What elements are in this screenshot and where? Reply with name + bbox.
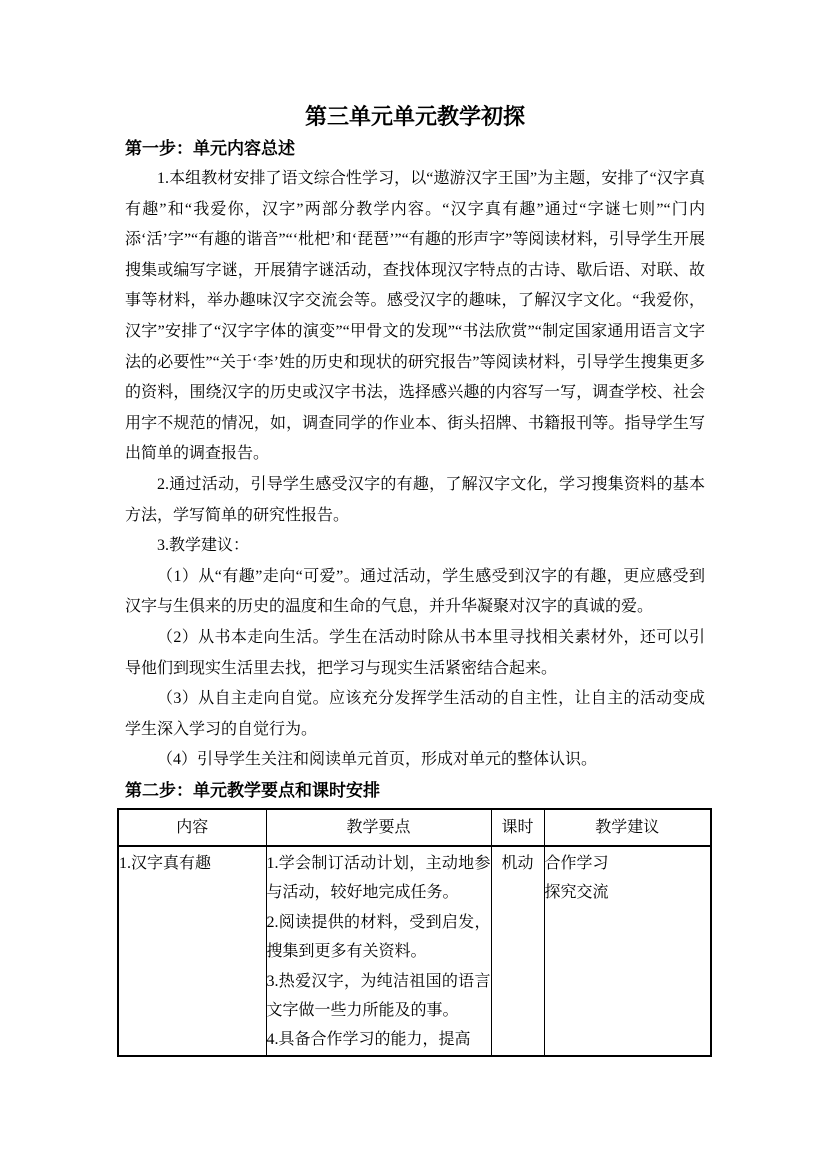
paragraph-goals: 2.通过活动，引导学生感受汉字的有趣，了解汉字文化，学习搜集资料的基本方法，学写… — [125, 470, 705, 531]
cell-teaching-points: 1.学会制订活动计划，主动地参与活动，较好地完成任务。 2.阅读提供的材料，受到… — [266, 846, 491, 1056]
paragraph-overview: 1.本组教材安排了语文综合性学习，以“遨游汉字王国”为主题，安排了“汉字真有趣”… — [125, 164, 705, 470]
cell-period: 机动 — [491, 846, 544, 1056]
teaching-point: 4.具备合作学习的能力，提高 — [267, 1025, 491, 1054]
table-header-row: 内容 教学要点 课时 教学建议 — [118, 809, 711, 846]
paragraph-suggestion-intro: 3.教学建议： — [125, 531, 705, 562]
teaching-point: 2.阅读提供的材料，受到启发，搜集到更多有关资料。 — [267, 908, 491, 967]
teaching-schedule-table: 内容 教学要点 课时 教学建议 1.汉字真有趣 1.学会制订活动计划，主动地参与… — [117, 808, 712, 1057]
column-header-period: 课时 — [491, 809, 544, 846]
column-header-teaching-points: 教学要点 — [266, 809, 491, 846]
cell-content: 1.汉字真有趣 — [118, 846, 266, 1056]
suggestion: 合作学习 — [545, 849, 711, 878]
teaching-point: 3.热爱汉字，为纯洁祖国的语言文字做一些力所能及的事。 — [267, 967, 491, 1026]
suggestion: 探究交流 — [545, 878, 711, 907]
column-header-content: 内容 — [118, 809, 266, 846]
document-page: 第三单元单元教学初探 第一步：单元内容总述 1.本组教材安排了语文综合性学习，以… — [0, 0, 827, 1169]
column-header-suggestions: 教学建议 — [544, 809, 711, 846]
teaching-point: 1.学会制订活动计划，主动地参与活动，较好地完成任务。 — [267, 849, 491, 908]
paragraph-suggestion-1: （1）从“有趣”走向“可爱”。通过活动，学生感受到汉字的有趣，更应感受到汉字与生… — [125, 562, 705, 623]
document-title: 第三单元单元教学初探 — [125, 103, 705, 130]
cell-suggestions: 合作学习 探究交流 — [544, 846, 711, 1056]
section2-heading: 第二步：单元教学要点和课时安排 — [125, 778, 705, 803]
section1-heading: 第一步：单元内容总述 — [125, 136, 705, 161]
table-row: 1.汉字真有趣 1.学会制订活动计划，主动地参与活动，较好地完成任务。 2.阅读… — [118, 846, 711, 1056]
paragraph-suggestion-2: （2）从书本走向生活。学生在活动时除从书本里寻找相关素材外，还可以引导他们到现实… — [125, 623, 705, 684]
paragraph-suggestion-4: （4）引导学生关注和阅读单元首页，形成对单元的整体认识。 — [125, 745, 705, 776]
paragraph-suggestion-3: （3）从自主走向自觉。应该充分发挥学生活动的自主性，让自主的活动变成学生深入学习… — [125, 684, 705, 745]
section1-body: 1.本组教材安排了语文综合性学习，以“遨游汉字王国”为主题，安排了“汉字真有趣”… — [125, 164, 705, 776]
document-content: 第三单元单元教学初探 第一步：单元内容总述 1.本组教材安排了语文综合性学习，以… — [125, 0, 705, 1057]
